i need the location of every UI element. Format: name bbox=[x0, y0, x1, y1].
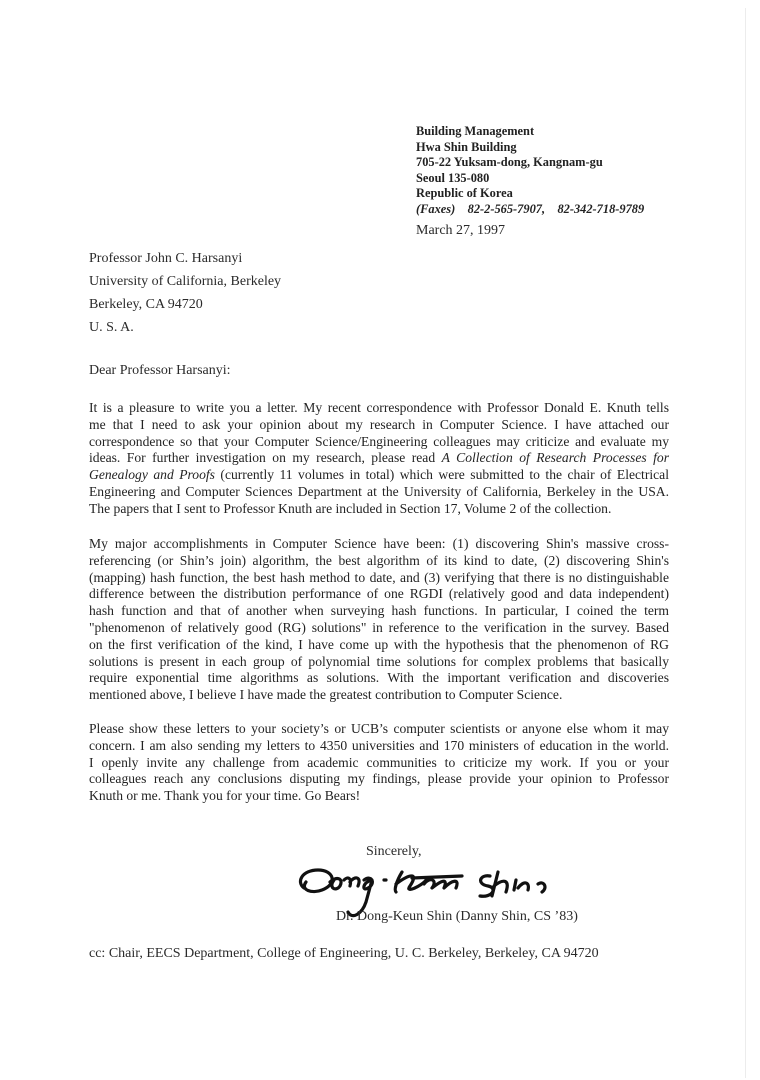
paragraph-line: require exponential time algorithms as s… bbox=[89, 670, 669, 687]
paragraph-line: correspondence so that your Computer Sci… bbox=[89, 434, 669, 451]
paragraph-line: solutions is present in each group of po… bbox=[89, 654, 669, 671]
paragraph-line: referencing (or Shin’s join) algorithm, … bbox=[89, 553, 669, 570]
paragraph-line: The papers that I sent to Professor Knut… bbox=[89, 501, 669, 518]
cc-line: cc: Chair, EECS Department, College of E… bbox=[89, 946, 599, 962]
sender-line: 705-22 Yuksam-dong, Kangnam-gu bbox=[416, 155, 644, 171]
fax-numbers: 82-2-565-7907, 82-342-718-9789 bbox=[468, 202, 645, 216]
line-text: ideas. For further investigation on my r… bbox=[89, 450, 435, 465]
recipient-line: Berkeley, CA 94720 bbox=[89, 293, 281, 316]
scan-page-edge bbox=[745, 8, 746, 1078]
paragraph-line: (mapping) hash function, the best hash m… bbox=[89, 570, 669, 587]
paragraph-line: colleagues reach any conclusions disputi… bbox=[89, 771, 669, 788]
paragraph-line: I openly invite any challenge from acade… bbox=[89, 755, 669, 772]
paragraph-line: It is a pleasure to write you a letter. … bbox=[89, 400, 669, 417]
paragraph-line: My major accomplishments in Computer Sci… bbox=[89, 536, 669, 553]
paragraph-line: Please show these letters to your societ… bbox=[89, 721, 669, 738]
sender-line: Republic of Korea bbox=[416, 186, 644, 202]
salutation: Dear Professor Harsanyi: bbox=[89, 363, 231, 379]
recipient-line: University of California, Berkeley bbox=[89, 270, 281, 293]
sender-address: Building Management Hwa Shin Building 70… bbox=[416, 124, 644, 218]
paragraph-line: mentioned above, I believe I have made t… bbox=[89, 687, 669, 704]
sender-line: Hwa Shin Building bbox=[416, 140, 644, 156]
paragraph-line: Genealogy and Proofs (currently 11 volum… bbox=[89, 467, 669, 484]
paragraph-line: Engineering and Computer Sciences Depart… bbox=[89, 484, 669, 501]
paragraph-line: hash function and that of another when s… bbox=[89, 603, 669, 620]
book-title: Genealogy and Proofs bbox=[89, 467, 215, 482]
paragraph-line: "phenomenon of relatively good (RG) solu… bbox=[89, 620, 669, 637]
recipient-address: Professor John C. Harsanyi University of… bbox=[89, 247, 281, 339]
sender-line: Seoul 135-080 bbox=[416, 171, 644, 187]
paragraph-line: concern. I am also sending my letters to… bbox=[89, 738, 669, 755]
signer-name: Dr. Dong-Keun Shin (Danny Shin, CS ’83) bbox=[336, 909, 578, 925]
paragraph-line: Knuth or me. Thank you for your time. Go… bbox=[89, 788, 669, 805]
paragraph-line: me that I need to ask your opinion about… bbox=[89, 417, 669, 434]
recipient-line: U. S. A. bbox=[89, 316, 281, 339]
book-title: A Collection of Research Processes for bbox=[442, 450, 669, 465]
fax-line: (Faxes) 82-2-565-7907, 82-342-718-9789 bbox=[416, 202, 644, 218]
recipient-line: Professor John C. Harsanyi bbox=[89, 247, 281, 270]
letter-date: March 27, 1997 bbox=[416, 223, 505, 239]
body-paragraph-2: My major accomplishments in Computer Sci… bbox=[89, 536, 669, 704]
sender-line: Building Management bbox=[416, 124, 644, 140]
line-text: (currently 11 volumes in total) which we… bbox=[220, 467, 669, 482]
body-paragraph-1: It is a pleasure to write you a letter. … bbox=[89, 400, 669, 518]
paragraph-line: difference between the distribution perf… bbox=[89, 586, 669, 603]
paragraph-line: on the first verification of the kind, I… bbox=[89, 637, 669, 654]
body-paragraph-3: Please show these letters to your societ… bbox=[89, 721, 669, 805]
paragraph-line: ideas. For further investigation on my r… bbox=[89, 450, 669, 467]
fax-label: (Faxes) bbox=[416, 202, 455, 216]
